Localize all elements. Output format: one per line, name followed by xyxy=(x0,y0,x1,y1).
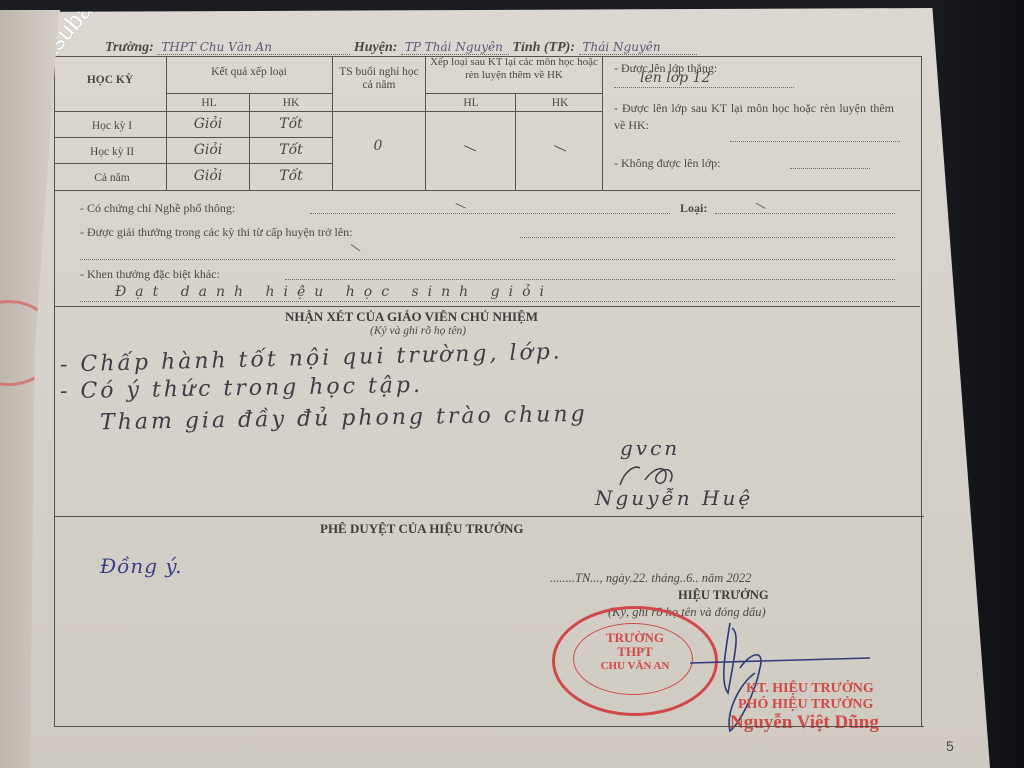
row-label-hk1: Học kỳ I xyxy=(60,120,164,133)
col-hoc-ky: HỌC KỲ xyxy=(80,74,140,87)
special-line-2 xyxy=(80,301,895,302)
canam-hk: Tốt xyxy=(252,170,330,183)
grid-line xyxy=(166,93,332,94)
hk1-hk: Tốt xyxy=(252,118,330,131)
principal-name: Nguyễn Việt Dũng xyxy=(730,712,879,734)
grid-line xyxy=(54,137,332,138)
grid-line xyxy=(425,93,602,94)
vice-line: PHÓ HIỆU TRƯỞNG xyxy=(738,697,873,713)
col-ket-qua: Kết quả xếp loại xyxy=(206,66,292,79)
special-line-1 xyxy=(285,279,895,280)
row-label-canam: Cả năm xyxy=(60,172,164,185)
grid-line xyxy=(54,163,332,164)
principal-role: HIỆU TRƯỞNG xyxy=(678,588,769,603)
type-line xyxy=(715,213,895,214)
grid-line xyxy=(332,56,333,190)
col-xep-loai-sau: Xếp loại sau KT lại các môn học hoặc rèn… xyxy=(428,56,600,82)
certificate-line xyxy=(310,213,670,214)
sub-hl-after: HL xyxy=(428,97,514,110)
district-value: TP Thái Nguyên xyxy=(401,40,509,55)
grid-line xyxy=(249,93,250,190)
promotion-direct-value: lên lớp 12 xyxy=(640,70,710,86)
hk1-hl: Giỏi xyxy=(170,118,246,131)
promotion-after-line xyxy=(730,141,900,142)
section-divider xyxy=(54,726,924,727)
sub-hk: HK xyxy=(252,97,330,110)
sub-hl: HL xyxy=(170,97,248,110)
school-label: Trường: xyxy=(105,40,154,55)
special-value: Đạt danh hiệu học sinh giỏi xyxy=(115,284,553,300)
page-number: 5 xyxy=(946,738,954,754)
special-label: - Khen thưởng đặc biệt khác: xyxy=(80,267,220,282)
prize-line-1 xyxy=(520,237,895,238)
header-line: Trường: THPT Chu Văn An Huyện: TP Thái N… xyxy=(105,40,697,56)
teacher-comment-subtitle: (Ký và ghi rõ họ tên) xyxy=(370,325,466,337)
promotion-not-label: - Không được lên lớp: xyxy=(614,156,721,171)
teacher-comment-title: NHẬN XÉT CỦA GIÁO VIÊN CHỦ NHIỆM xyxy=(285,309,538,325)
principal-approval: Đồng ý. xyxy=(100,554,182,578)
grid-line xyxy=(166,56,167,190)
kt-line: KT. HIỆU TRƯỞNG xyxy=(746,681,874,697)
school-value: THPT Chu Văn An xyxy=(157,40,350,55)
prize-label: - Được giải thưởng trong các kỳ thi từ c… xyxy=(80,225,352,240)
canam-hl: Giỏi xyxy=(170,170,246,183)
province-label: Tỉnh (TP): xyxy=(512,40,575,55)
sub-hk-after: HK xyxy=(518,97,602,110)
section-divider xyxy=(54,516,924,517)
hk2-hl: Giỏi xyxy=(170,144,246,157)
document-page: Giasubaochau.net Trường: THPT Chu Văn An… xyxy=(30,8,990,768)
grid-line xyxy=(54,190,920,191)
prize-line-2 xyxy=(80,259,895,260)
teacher-signature-name: Nguyễn Huệ xyxy=(595,486,753,510)
teacher-signoff: gvcn xyxy=(620,436,680,460)
row-label-hk2: Học kỳ II xyxy=(60,146,164,159)
promotion-after-label: - Được lên lớp sau KT lại môn học hoặc r… xyxy=(614,100,894,134)
grid-line xyxy=(515,93,516,190)
type-label: Loại: xyxy=(680,201,707,216)
promotion-direct-line xyxy=(614,87,794,88)
date-line: ........TN..., ngày.22. tháng..6.. năm 2… xyxy=(550,571,751,586)
ts-buoi-value: 0 xyxy=(348,140,408,153)
district-label: Huyện: xyxy=(354,40,398,55)
certificate-label: - Có chứng chỉ Nghề phổ thông: xyxy=(80,201,235,216)
hk2-hk: Tốt xyxy=(252,144,330,157)
province-value: Thái Nguyên xyxy=(579,40,697,55)
section-divider xyxy=(54,306,920,307)
principal-title: PHÊ DUYỆT CỦA HIỆU TRƯỞNG xyxy=(320,521,523,537)
promotion-not-line xyxy=(790,168,870,169)
grid-line xyxy=(54,111,602,112)
grid-line xyxy=(425,56,426,190)
col-ts-buoi: TS buổi nghỉ học cả năm xyxy=(338,66,420,92)
grid-line xyxy=(602,56,603,190)
